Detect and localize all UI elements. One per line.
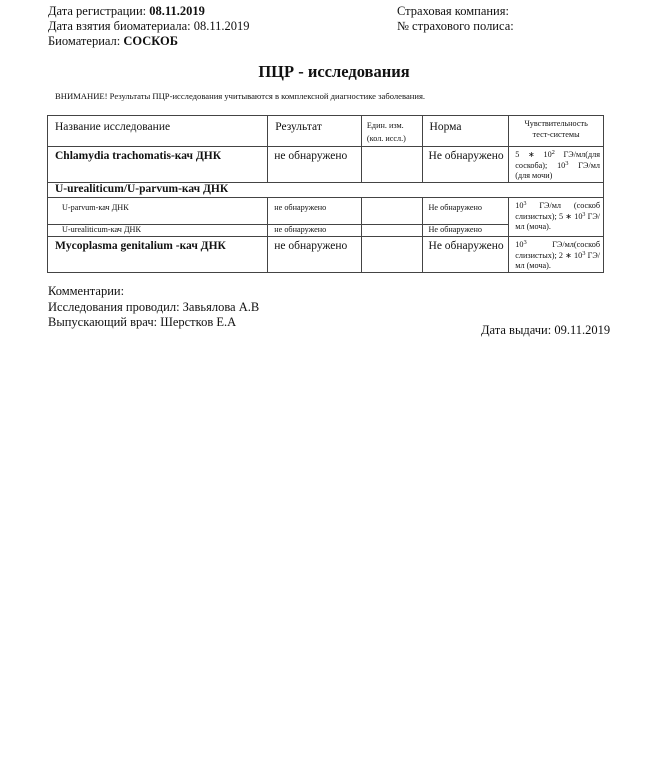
test-result: не обнаружено [268,147,361,162]
test-name: Mycoplasma genitalium -кач ДНК [48,237,267,252]
col-header-sensitivity-line2: тест-системы [512,129,600,140]
group-name: U-urealiticum/U-parvum-кач ДНК [48,183,603,195]
biomaterial-label: Биоматериал: [48,34,123,48]
col-header-unit-line1: Един. изм. [367,119,422,132]
insurance-company-line: Страховая компания: [397,4,514,19]
test-name: U-urealiticum-кач ДНК [48,225,267,234]
test-unit [362,237,422,240]
test-sensitivity: 5 ∗ 102 ГЭ/мл(для соскоба); 103 ГЭ/мл (д… [509,147,603,182]
test-unit [362,198,422,203]
test-result: не обнаружено [268,198,361,212]
table-row: Mycoplasma genitalium -кач ДНК не обнару… [48,237,604,273]
biomaterial-value: СОСКОБ [123,34,178,48]
issue-date: Дата выдачи: 09.11.2019 [481,323,610,338]
releasing-doctor: Выпускающий врач: Шерстков Е.А [48,315,259,331]
performed-by: Исследования проводил: Завьялова А.В [48,300,259,316]
footer-info: Комментарии: Исследования проводил: Завь… [48,284,259,331]
sens-part: 5 ∗ 10 [515,150,551,159]
table-group-row: U-urealiticum/U-parvum-кач ДНК [48,183,604,198]
biomaterial-line: Биоматериал: СОСКОБ [48,34,250,49]
table-row: Chlamydia trachomatis-кач ДНК не обнаруж… [48,147,604,183]
table-row: U-parvum-кач ДНК не обнаружено Не обнару… [48,198,604,225]
policy-number-line: № страхового полиса: [397,19,514,34]
test-sensitivity: 103 ГЭ/мл(соскоб слизистых); 2 ∗ 103 ГЭ/… [509,237,603,272]
col-header-unit: Един. изм.(кол. иссл.) [362,116,422,145]
table-header-row: Название исследование Результат Един. из… [48,116,604,147]
patient-info: Дата регистрации: 08.11.2019 Дата взятия… [48,4,250,49]
test-result: не обнаружено [268,225,361,234]
col-header-result: Результат [268,116,361,133]
col-header-unit-line2: (кол. иссл.) [367,132,422,145]
test-norm: Не обнаружено [423,225,509,234]
registration-date-line: Дата регистрации: 08.11.2019 [48,4,250,19]
test-norm: Не обнаружено [423,237,509,252]
test-unit [362,147,422,150]
sampling-label: Дата взятия биоматериала: [48,19,194,33]
page-title: ПЦР - исследования [0,62,668,82]
sampling-date-line: Дата взятия биоматериала: 08.11.2019 [48,19,250,34]
insurance-company-label: Страховая компания: [397,4,509,18]
col-header-norm: Норма [423,116,509,133]
notice-text: ВНИМАНИЕ! Результаты ПЦР-исследования уч… [55,91,425,101]
results-table: Название исследование Результат Един. из… [47,115,604,273]
insurance-info: Страховая компания: № страхового полиса: [397,4,514,34]
registration-date: 08.11.2019 [149,4,205,18]
test-result: не обнаружено [268,237,361,252]
test-name: U-parvum-кач ДНК [48,198,267,212]
col-header-sensitivity-line1: Чувствительность [512,118,600,129]
group-sensitivity: 103 ГЭ/мл (соскоб слизистых); 5 ∗ 103 ГЭ… [509,198,603,233]
test-norm: Не обнаружено [423,147,509,162]
col-header-sensitivity: Чувствительностьтест-системы [509,116,603,140]
test-norm: Не обнаружено [423,198,509,212]
comments-label: Комментарии: [48,284,259,300]
test-name: Chlamydia trachomatis-кач ДНК [48,147,267,162]
policy-number-label: № страхового полиса: [397,19,514,33]
col-header-name: Название исследование [48,116,267,133]
sampling-date: 08.11.2019 [194,19,250,33]
registration-label: Дата регистрации: [48,4,149,18]
